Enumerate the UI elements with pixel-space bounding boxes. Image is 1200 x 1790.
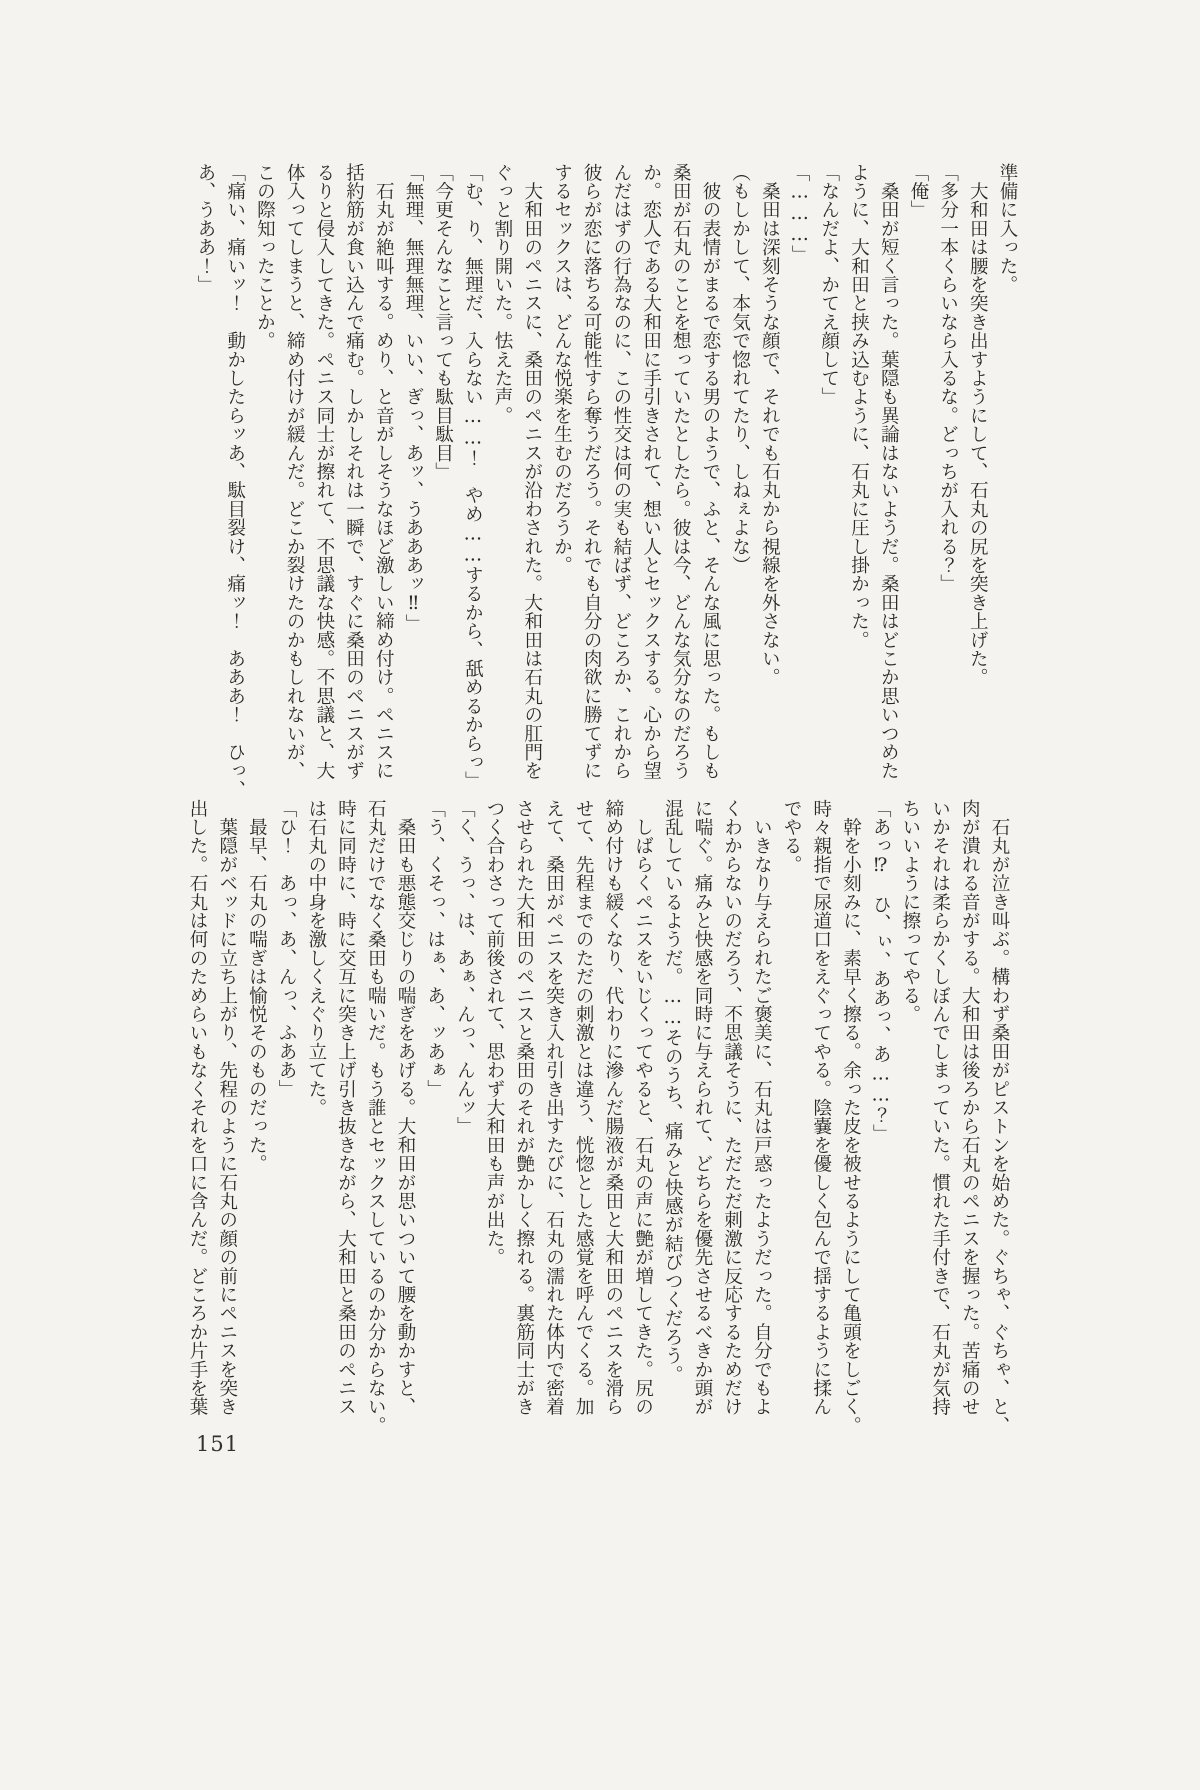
text-line: 混乱しているようだ。……そのうち、痛みと快感が結びつくだろう。 xyxy=(658,799,688,1479)
text-line: 「今更そんなこと言っても駄目駄目」 xyxy=(428,163,458,823)
text-line: 「あっ⁉ ひ、ぃ、ああっ、あ……？」 xyxy=(865,799,895,1479)
text-line: くわからないのだろう、不思議そうに、ただただ刺激に反応するためだけ xyxy=(717,799,747,1479)
text-line: 「ひ！ あっ、あ、んっ、ふああ」 xyxy=(271,799,301,1479)
text-line: この際知ったことか。 xyxy=(250,163,280,823)
text-line: せて、先程までのただの刺激とは違う、恍惚とした感覚を呼んでくる。加 xyxy=(568,799,598,1479)
text-line: に喘ぐ。痛みと快感を同時に与えられて、どちらを優先させるべきか頭が xyxy=(687,799,717,1479)
text-line: 「無理、無理無理、いい、ぎっ、あッ、うあああッ‼」 xyxy=(398,163,428,823)
text-line: 締め付けも緩くなり、代わりに滲んだ腸液が桑田と大和田のペニスを滑ら xyxy=(598,799,628,1479)
text-line: 体入ってしまうと、締め付けが緩んだ。どこか裂けたのかもしれないが、 xyxy=(279,163,309,823)
text-line: 幹を小刻みに、素早く擦る。余った皮を被せるようにして亀頭をしごく。 xyxy=(836,799,866,1479)
text-block-bottom: 石丸が泣き叫ぶ。構わず桑田がピストンを始めた。ぐちゃ、ぐちゃ、と、肉が潰れる音が… xyxy=(182,799,1014,1479)
text-line: 石丸だけでなく桑田も喘いだ。もう誰とセックスしているのか分からない。 xyxy=(361,799,391,1479)
text-line: 「く、うっ、は、あぁ、んっ、んんッ」 xyxy=(450,799,480,1479)
text-line: 桑田は深刻そうな顔で、それでも石丸から視線を外さない。 xyxy=(755,163,785,823)
text-line: 葉隠がベッドに立ち上がり、先程のように石丸の顔の前にペニスを突き xyxy=(212,799,242,1479)
text-line: 桑田が石丸のことを想っていたとしたら。彼は今、どんな気分なのだろう xyxy=(666,163,696,823)
text-line: は石丸の中身を激しくえぐり立てた。 xyxy=(301,799,331,1479)
text-block-top: 準備に入った。 大和田は腰を突き出すようにして、石丸の尻を突き上げた。「多分一本… xyxy=(190,163,1022,823)
page-number: 151 xyxy=(196,1432,239,1456)
text-line: 石丸が泣き叫ぶ。構わず桑田がピストンを始めた。ぐちゃ、ぐちゃ、と、 xyxy=(984,799,1014,1479)
text-line: 「む、り、無理だ、入らない……！ やめ……するから、舐めるからっ」 xyxy=(458,163,488,823)
text-line: るりと侵入してきた。ペニス同士が擦れて、不思議な快感。不思議と、大 xyxy=(309,163,339,823)
text-line: するセックスは、どんな悦楽を生むのだろうか。 xyxy=(547,163,577,823)
text-line: ように、大和田と挟み込むように、石丸に圧し掛かった。 xyxy=(844,163,874,823)
text-line: 「………」 xyxy=(784,163,814,823)
text-line: 出した。石丸は何のためらいもなくそれを口に含んだ。どころか片手を葉 xyxy=(182,799,212,1479)
text-line: か。恋人である大和田に手引きされて、想い人とセックスする。心から望 xyxy=(636,163,666,823)
text-line: 「俺」 xyxy=(903,163,933,823)
text-line: 肉が潰れる音がする。大和田は後ろから石丸のペニスを握った。苦痛のせ xyxy=(955,799,985,1479)
text-line: んだはずの行為なのに、この性交は何の実も結ばず、どころか、これから xyxy=(606,163,636,823)
text-line: 彼の表情がまるで恋する男のようで、ふと、そんな風に思った。もしも xyxy=(695,163,725,823)
text-line: 大和田のペニスに、桑田のペニスが沿わされた。大和田は石丸の肛門を xyxy=(517,163,547,823)
text-line: いきなり与えられたご褒美に、石丸は戸惑ったようだった。自分でもよ xyxy=(747,799,777,1479)
text-line: ぐっと割り開いた。怯えた声。 xyxy=(487,163,517,823)
text-line: あ、うああ！」 xyxy=(190,163,220,823)
text-line: 「痛い、痛いッ！ 動かしたらッあ、駄目裂け、痛ッ！ あああ！ ひっ、 xyxy=(220,163,250,823)
text-line: 「多分一本くらいなら入るな。どっちが入れる？」 xyxy=(933,163,963,823)
text-line: 括約筋が食い込んで痛む。しかしそれは一瞬で、すぐに桑田のペニスがず xyxy=(339,163,369,823)
text-line: 石丸が絶叫する。めり、と音がしそうなほど激しい締め付け。ペニスに xyxy=(369,163,399,823)
text-line: えて、桑田がペニスを突き入れ引き出すたびに、石丸の濡れた体内で密着 xyxy=(539,799,569,1479)
text-line: ちいいように擦ってやる。 xyxy=(895,799,925,1479)
text-line: 「う、くそっ、はぁ、あ、ッあぁ」 xyxy=(420,799,450,1479)
text-line: 桑田が短く言った。葉隠も異論はないようだ。桑田はどこか思いつめた xyxy=(873,163,903,823)
text-line: つく合わさって前後されて、思わず大和田も声が出た。 xyxy=(479,799,509,1479)
text-line: いかそれは柔らかくしぼんでしまっていた。慣れた手付きで、石丸が気持 xyxy=(925,799,955,1479)
text-line: 準備に入った。 xyxy=(992,163,1022,823)
text-line: 桑田も悪態交じりの喘ぎをあげる。大和田が思いついて腰を動かすと、 xyxy=(390,799,420,1479)
text-line: 彼らが恋に落ちる可能性すら奪うだろう。それでも自分の肉欲に勝てずに xyxy=(576,163,606,823)
text-line: 最早、石丸の喘ぎは愉悦そのものだった。 xyxy=(242,799,272,1479)
text-line: しばらくペニスをいじくってやると、石丸の声に艶が増してきた。尻の xyxy=(628,799,658,1479)
text-line: 時々親指で尿道口をえぐってやる。陰嚢を優しく包んで揺するように揉ん xyxy=(806,799,836,1479)
text-line: 時に同時に、時に交互に突き上げ引き抜きながら、大和田と桑田のペニス xyxy=(331,799,361,1479)
text-line: でやる。 xyxy=(776,799,806,1479)
text-line: （もしかして、本気で惚れてたり、しねぇよな） xyxy=(725,163,755,823)
scanned-book-page: 準備に入った。 大和田は腰を突き出すようにして、石丸の尻を突き上げた。「多分一本… xyxy=(0,0,1200,1790)
text-line: 大和田は腰を突き出すようにして、石丸の尻を突き上げた。 xyxy=(963,163,993,823)
text-line: 「なんだよ、かてえ顔して」 xyxy=(814,163,844,823)
text-line: させられた大和田のペニスと桑田のそれが艶かしく擦れる。裏筋同士がき xyxy=(509,799,539,1479)
